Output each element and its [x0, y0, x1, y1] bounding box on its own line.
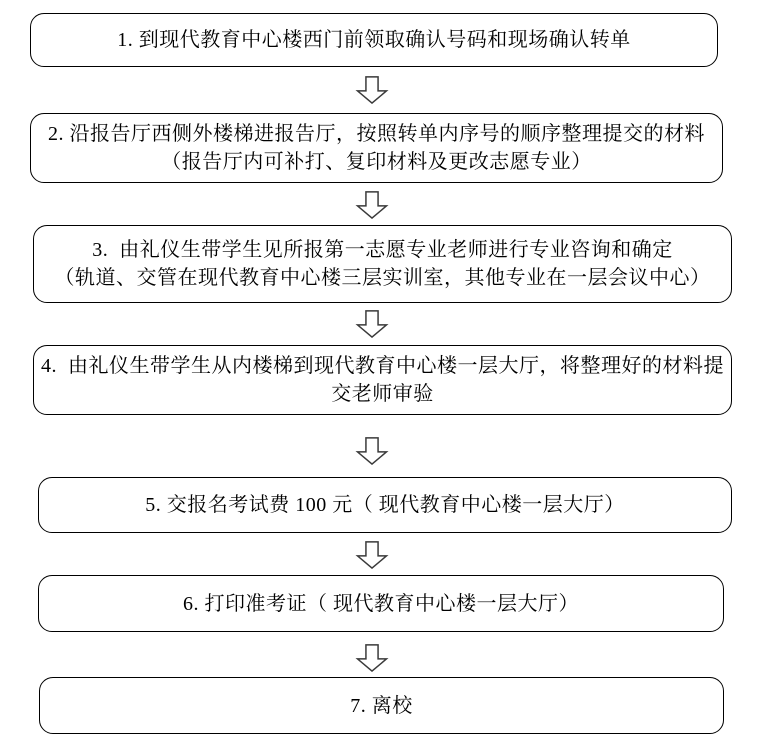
flow-step-7: 7. 离校 [39, 677, 724, 734]
flow-step-3: 3. 由礼仪生带学生见所报第一志愿专业老师进行专业咨询和确定 （轨道、交管在现代… [33, 225, 732, 303]
flow-step-1: 1. 到现代教育中心楼西门前领取确认号码和现场确认转单 [30, 13, 718, 67]
down-arrow-icon [352, 310, 392, 338]
flow-step-2: 2. 沿报告厅西侧外楼梯进报告厅，按照转单内序号的顺序整理提交的材料 （报告厅内… [30, 113, 723, 183]
down-arrow-icon [352, 644, 392, 672]
down-arrow-icon [352, 191, 392, 219]
flow-step-4: 4. 由礼仪生带学生从内楼梯到现代教育中心楼一层大厅，将整理好的材料提 交老师审… [33, 345, 732, 415]
step-7-line-1: 7. 离校 [350, 692, 413, 720]
step-2-line-2: （报告厅内可补打、复印材料及更改志愿专业） [161, 148, 592, 176]
step-6-line-1: 6. 打印准考证（ 现代教育中心楼一层大厅） [183, 590, 579, 618]
step-4-line-2: 交老师审验 [331, 380, 434, 408]
step-3-line-2: （轨道、交管在现代教育中心楼三层实训室，其他专业在一层会议中心） [55, 264, 711, 292]
step-1-line-1: 1. 到现代教育中心楼西门前领取确认号码和现场确认转单 [117, 26, 631, 54]
step-3-line-1: 3. 由礼仪生带学生见所报第一志愿专业老师进行专业咨询和确定 [92, 236, 673, 264]
step-4-line-1: 4. 由礼仪生带学生从内楼梯到现代教育中心楼一层大厅，将整理好的材料提 [41, 352, 724, 380]
flow-step-5: 5. 交报名考试费 100 元（ 现代教育中心楼一层大厅） [38, 477, 732, 533]
flow-step-6: 6. 打印准考证（ 现代教育中心楼一层大厅） [38, 575, 724, 632]
down-arrow-icon [352, 76, 392, 104]
down-arrow-icon [352, 437, 392, 465]
down-arrow-icon [352, 541, 392, 569]
step-5-line-1: 5. 交报名考试费 100 元（ 现代教育中心楼一层大厅） [145, 491, 625, 519]
flowchart-canvas: 1. 到现代教育中心楼西门前领取确认号码和现场确认转单 2. 沿报告厅西侧外楼梯… [0, 0, 771, 749]
step-2-line-1: 2. 沿报告厅西侧外楼梯进报告厅，按照转单内序号的顺序整理提交的材料 [48, 120, 705, 148]
